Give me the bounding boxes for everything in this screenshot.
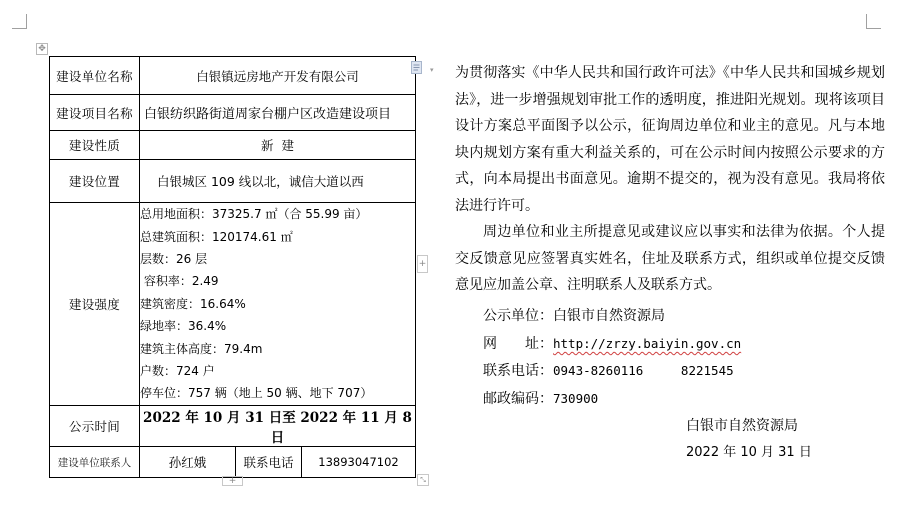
notice-paragraph-1: 为贯彻落实《中华人民共和国行政许可法》《中华人民共和国城乡规划法》，进一步增强规… (455, 60, 885, 219)
signature-date: 2022 年 10 月 31 日 (686, 443, 812, 463)
page-corner-mark-top-left (12, 14, 27, 29)
value-contact-phone[interactable]: 13893047102 (302, 447, 416, 478)
table-row: 建设强度 总用地面积：37325.7 ㎡（合 55.99 亩） 总建筑面积：12… (50, 203, 416, 406)
label-publicity-period: 公示时间 (50, 406, 140, 447)
value-location[interactable]: 白银城区 109 线以北，诚信大道以西 (140, 160, 416, 203)
page-corner-mark-top-right (866, 14, 881, 29)
label-project-name: 建设项目名称 (50, 95, 140, 131)
add-column-button[interactable]: + (417, 255, 428, 273)
paste-options-icon[interactable] (411, 61, 422, 74)
label-contact-phone: 联系电话 (236, 447, 302, 478)
value-construction-type[interactable]: 新 建 (140, 131, 416, 160)
table-row: 建设位置 白银城区 109 线以北，诚信大道以西 (50, 160, 416, 203)
project-info-table: 建设单位名称 白银镇远房地产开发有限公司 建设项目名称 白银纺织路街道周家台棚户… (49, 56, 416, 478)
building-density-line: 建筑密度：16.64% (140, 293, 415, 315)
postcode-line: 邮政编码：730900 (483, 389, 598, 409)
phone-line: 联系电话：0943-8260116 8221545 (483, 361, 734, 381)
building-area-line: 总建筑面积：120174.61 ㎡ (140, 226, 415, 248)
label-construction-intensity: 建设强度 (50, 203, 140, 406)
table-row: 建设单位联系人 孙红娥 联系电话 13893047102 (50, 447, 416, 478)
signature-org: 白银市自然资源局 (686, 416, 798, 436)
land-area-line: 总用地面积：37325.7 ㎡（合 55.99 亩） (140, 203, 415, 225)
households-line: 户数：724 户 (140, 360, 415, 382)
label-construction-type: 建设性质 (50, 131, 140, 160)
plot-ratio-line: 容积率：2.49 (140, 270, 415, 292)
phone-value: 0943-8260116 8221545 (553, 363, 734, 378)
table-row: 建设项目名称 白银纺织路街道周家台棚户区改造建设项目 (50, 95, 416, 131)
label-contact-person: 建设单位联系人 (50, 447, 140, 478)
postcode-value: 730900 (553, 391, 598, 406)
label-location: 建设位置 (50, 160, 140, 203)
website-label: 网 址： (483, 336, 553, 352)
table-row: 公示时间 2022 年 10 月 31 日至 2022 年 11 月 8 日 (50, 406, 416, 447)
value-construction-intensity[interactable]: 总用地面积：37325.7 ㎡（合 55.99 亩） 总建筑面积：120174.… (140, 203, 416, 406)
table-row: 建设性质 新 建 (50, 131, 416, 160)
value-contact-person[interactable]: 孙红娥 (140, 447, 236, 478)
phone-label: 联系电话： (483, 363, 553, 379)
table-row: 建设单位名称 白银镇远房地产开发有限公司 (50, 57, 416, 95)
value-construction-unit[interactable]: 白银镇远房地产开发有限公司 (140, 57, 416, 95)
add-row-button[interactable]: + (222, 476, 243, 486)
publisher-line: 公示单位：白银市自然资源局 (483, 306, 665, 326)
paste-options-dropdown-icon[interactable]: ▾ (430, 66, 434, 74)
website-link[interactable]: http://zrzy.baiyin.gov.cn (553, 336, 741, 351)
table-move-handle-icon[interactable]: ✥ (36, 43, 48, 55)
parking-line: 停车位：757 辆（地上 50 辆、地下 707） (140, 382, 415, 404)
value-publicity-period[interactable]: 2022 年 10 月 31 日至 2022 年 11 月 8 日 (140, 406, 416, 447)
postcode-label: 邮政编码： (483, 391, 553, 407)
floors-line: 层数：26 层 (140, 248, 415, 270)
notice-body: 为贯彻落实《中华人民共和国行政许可法》《中华人民共和国城乡规划法》，进一步增强规… (455, 60, 885, 299)
publisher-value: 白银市自然资源局 (553, 308, 665, 324)
website-line: 网 址：http://zrzy.baiyin.gov.cn (483, 334, 741, 354)
table-resize-handle-icon[interactable]: ⤡ (417, 474, 429, 486)
notice-paragraph-2: 周边单位和业主所提意见或建议应以事实和法律为依据。个人提交反馈意见应签署真实姓名… (455, 219, 885, 299)
green-ratio-line: 绿地率：36.4% (140, 315, 415, 337)
building-height-line: 建筑主体高度：79.4m (140, 338, 415, 360)
label-construction-unit: 建设单位名称 (50, 57, 140, 95)
value-project-name[interactable]: 白银纺织路街道周家台棚户区改造建设项目 (140, 95, 416, 131)
publisher-label: 公示单位： (483, 308, 553, 324)
